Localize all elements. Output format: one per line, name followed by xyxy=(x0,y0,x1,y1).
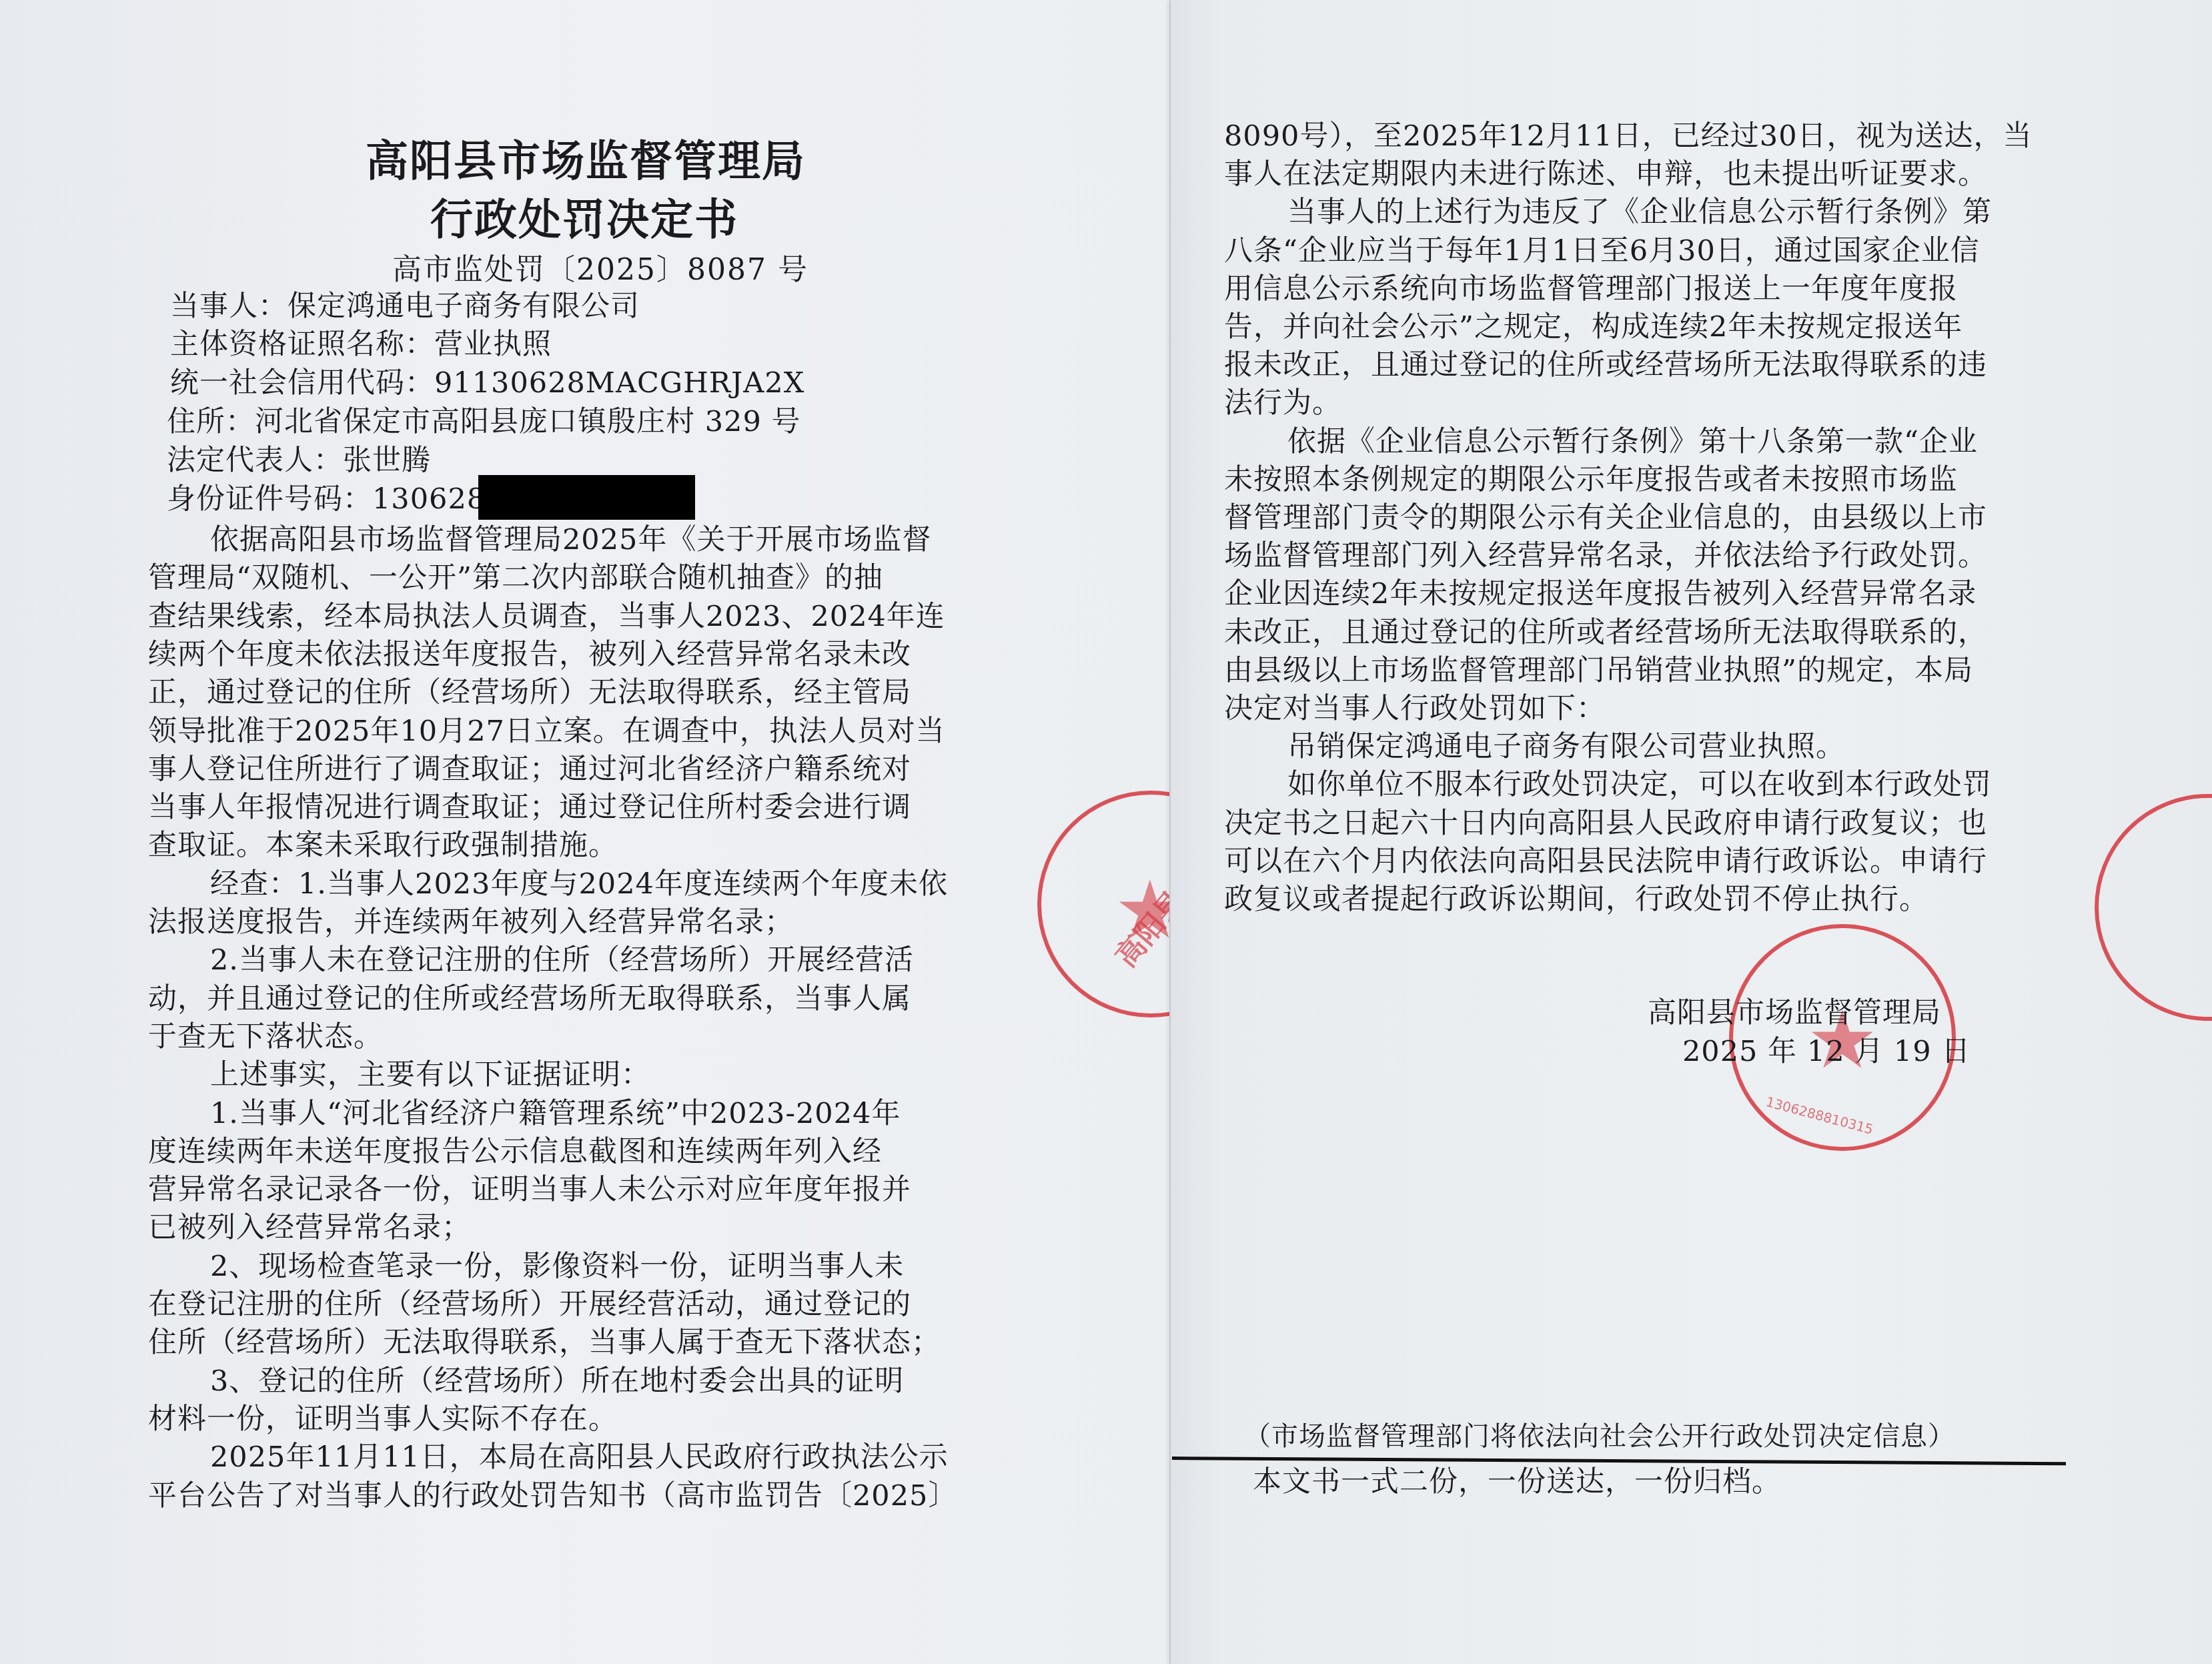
issuer-heading: 高阳县市场监督管理局 xyxy=(366,140,806,183)
party-field-label: 法定代表人： xyxy=(167,444,343,477)
body-text-line: 用信息公示系统向市场监督管理部门报送上一年度年度报 xyxy=(1224,275,1958,304)
party-field-value: 营业执照 xyxy=(434,328,552,361)
body-text-line: 当事人的上述行为违反了《企业信息公示暂行条例》第 xyxy=(1287,198,1992,227)
body-text-line: 未按照本条例规定的期限公示年度报告或者未按照市场监 xyxy=(1224,466,1958,494)
party-field-label: 身份证件号码： xyxy=(167,482,372,516)
document-number: 高市监处罚〔2025〕8087 号 xyxy=(392,256,808,285)
body-text-line: 领导批准于2025年10月27日立案。在调查中，执法人员对当 xyxy=(148,717,945,746)
body-text-line: 续两个年度未依法报送年度报告，被列入经营异常名录未改 xyxy=(148,641,911,669)
body-text-line: 动，并且通过登记的住所或经营场所无取得联系，当事人属 xyxy=(148,985,911,1013)
party-field-value: 河北省保定市高阳县庞口镇殷庄村 329 号 xyxy=(255,405,800,438)
copies-note: 本文书一式二份，一份送达，一份归档。 xyxy=(1253,1468,1781,1497)
redaction-bar xyxy=(478,475,695,520)
body-text-line: 依据《企业信息公示暂行条例》第十八条第一款“企业 xyxy=(1287,428,1978,456)
official-seal-right xyxy=(2095,794,2212,1021)
body-text-line: 政复议或者提起行政诉讼期间，行政处罚不停止执行。 xyxy=(1224,885,1928,914)
body-text-line: 场监督管理部门列入经营异常名录，并依法给予行政处罚。 xyxy=(1224,542,1987,570)
body-text-line: 2、现场检查笔录一份，影像资料一份，证明当事人未 xyxy=(210,1252,904,1281)
body-text-line: 管理局“双随机、一公开”第二次内部联合随机抽查》的抽 xyxy=(148,564,883,592)
party-field: 身份证件号码：130628 xyxy=(167,485,486,514)
body-text-line: 当事人年报情况进行调查取证；通过登记住所村委会进行调 xyxy=(148,793,911,822)
body-text-line: 决定对当事人行政处罚如下： xyxy=(1224,695,1606,723)
body-text-line: 营异常名录记录各一份，证明当事人未公示对应年度年报并 xyxy=(148,1176,911,1204)
body-text-line: 依据高阳县市场监督管理局2025年《关于开展市场监督 xyxy=(210,526,931,554)
party-field-value: 130628 xyxy=(372,482,486,516)
body-text-line: 未改正，且通过登记的住所或者经营场所无法取得联系的， xyxy=(1224,618,1987,647)
party-field: 统一社会信用代码：91130628MACGHRJA2X xyxy=(170,369,804,398)
body-text-line: 2.当事人未在登记注册的住所（经营场所）开展经营活 xyxy=(210,946,914,975)
body-text-line: 督管理部门责令的期限公示有关企业信息的，由县级以上市 xyxy=(1224,504,1987,532)
body-text-line: 1.当事人“河北省经济户籍管理系统”中2023-2024年 xyxy=(210,1100,901,1128)
body-text-line: 已被列入经营异常名录； xyxy=(148,1214,471,1242)
body-text-line: 平台公告了对当事人的行政处罚告知书（高市监罚告〔2025〕 xyxy=(148,1482,957,1511)
party-field: 住所：河北省保定市高阳县庞口镇殷庄村 329 号 xyxy=(167,408,800,436)
party-field: 法定代表人：张世腾 xyxy=(167,446,431,475)
body-text-line: 由县级以上市场监督管理部门吊销营业执照”的规定，本局 xyxy=(1224,657,1973,685)
body-text-line: 报未改正，且通过登记的住所或经营场所无法取得联系的违 xyxy=(1224,351,1987,380)
body-text-line: 上述事实，主要有以下证据证明： xyxy=(210,1061,650,1090)
body-text-line: 在登记注册的住所（经营场所）开展经营活动，通过登记的 xyxy=(148,1290,911,1319)
body-text-line: 可以在六个月内依法向高阳县民法院申请行政诉讼。申请行 xyxy=(1224,847,1987,876)
body-text-line: 如你单位不服本行政处罚决定，可以在收到本行政处罚 xyxy=(1287,771,1992,799)
signature-issuer: 高阳县市场监督管理局 xyxy=(1648,999,1941,1027)
party-field: 当事人：保定鸿通电子商务有限公司 xyxy=(170,292,640,321)
body-text-line: 3、登记的住所（经营场所）所在地村委会出具的证明 xyxy=(210,1367,904,1396)
body-text-line: 吊销保定鸿通电子商务有限公司营业执照。 xyxy=(1287,733,1845,761)
body-text-line: 事人在法定期限内未进行陈述、申辩，也未提出听证要求。 xyxy=(1224,160,1987,189)
document-page-left: 高阳县市场监督管理局 行政处罚决定书 高市监处罚〔2025〕8087 号 当事人… xyxy=(0,0,1169,1664)
body-text-line: 告，并向社会公示”之规定，构成连续2年未按规定报送年 xyxy=(1224,313,1963,342)
party-field-label: 主体资格证照名称： xyxy=(170,328,434,361)
body-text-line: 经查：1.当事人2023年度与2024年度连续两个年度未依 xyxy=(210,870,948,899)
party-field-label: 统一社会信用代码： xyxy=(170,366,434,400)
document-page-right: 8090号），至2025年12月11日，已经过30日，视为送达，当事人在法定期限… xyxy=(1169,0,2212,1664)
party-field-value: 保定鸿通电子商务有限公司 xyxy=(288,290,640,323)
body-text-line: 材料一份，证明当事人实际不存在。 xyxy=(148,1405,618,1434)
body-text-line: 2025年11月11日，本局在高阳县人民政府行政执法公示 xyxy=(210,1443,949,1472)
party-field-label: 住所： xyxy=(167,405,255,438)
document-title: 行政处罚决定书 xyxy=(430,199,738,242)
party-field: 主体资格证照名称：营业执照 xyxy=(170,330,552,359)
body-text-line: 法报送度报告，并连续两年被列入经营异常名录； xyxy=(148,908,794,937)
body-text-line: 八条“企业应当于每年1月1日至6月30日，通过国家企业信 xyxy=(1224,237,1980,266)
body-text-line: 正，通过登记的住所（经营场所）无法取得联系，经主管局 xyxy=(148,679,911,707)
body-text-line: 住所（经营场所）无法取得联系，当事人属于查无下落状态； xyxy=(148,1328,941,1357)
body-text-line: 8090号），至2025年12月11日，已经过30日，视为送达，当 xyxy=(1224,122,2033,151)
signature-date: 2025 年 12 月 19 日 xyxy=(1682,1037,1971,1066)
body-text-line: 企业因连续2年未按规定报送年度报告被列入经营异常名录 xyxy=(1224,580,1977,608)
body-text-line: 于查无下落状态。 xyxy=(148,1023,383,1052)
party-field-value: 91130628MACGHRJA2X xyxy=(434,366,804,400)
footer-rule xyxy=(1172,1457,2066,1465)
party-field-label: 当事人： xyxy=(170,290,288,323)
body-text-line: 决定书之日起六十日内向高阳县人民政府申请行政复议；也 xyxy=(1224,809,1987,838)
body-text-line: 事人登记住所进行了调查取证；通过河北省经济户籍系统对 xyxy=(148,755,911,784)
body-text-line: 查取证。本案未采取行政强制措施。 xyxy=(148,831,618,860)
disclosure-note: （市场监督管理部门将依法向社会公开行政处罚决定信息） xyxy=(1244,1423,1955,1450)
party-field-value: 张世腾 xyxy=(343,444,431,477)
body-text-line: 法行为。 xyxy=(1224,389,1341,418)
body-text-line: 度连续两年未送年度报告公示信息截图和连续两年列入经 xyxy=(148,1138,882,1166)
body-text-line: 查结果线索，经本局执法人员调查，当事人2023、2024年连 xyxy=(148,602,945,631)
